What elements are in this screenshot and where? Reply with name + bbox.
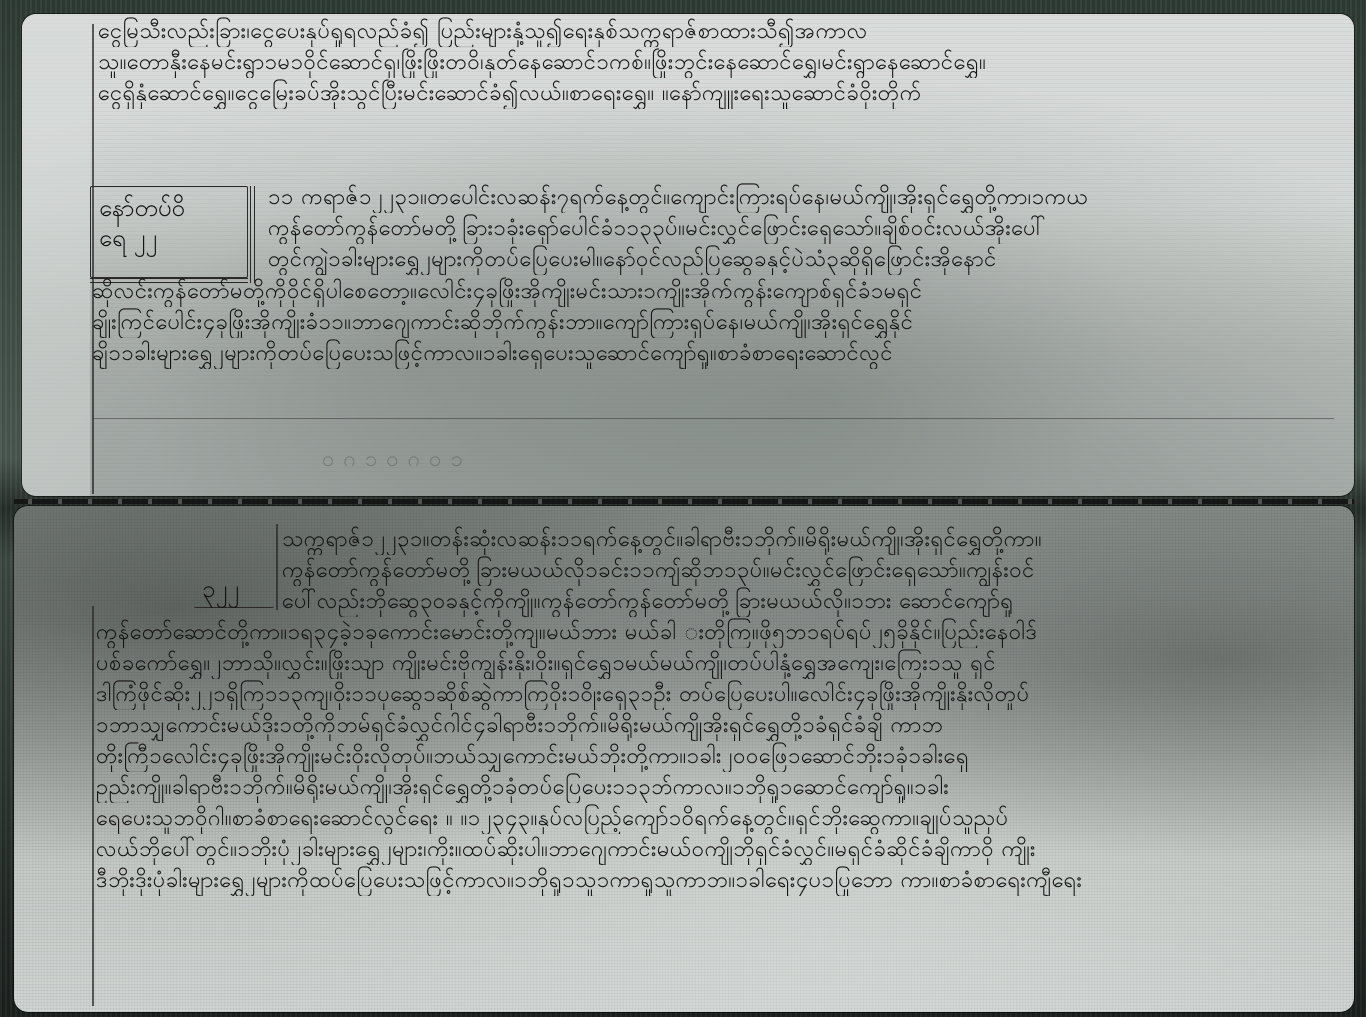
body-line: တွင်ကျွဲ၁ခါးများရွှေ၂များကိုတပ်ပြေပေးမါ။…: [98, 244, 1338, 275]
body-line: ကွန်တော်ဆောင်တို့ကာ။၁ရ၃၄ခဲ့၁ခုကောင်းမောင…: [96, 617, 1341, 648]
upper-header-text: ငွေမြသီးလည်းခြား၊ငွေပေးနုပ်ရှုရလည်ခံ၍ ပြ…: [98, 16, 1328, 109]
body-line: ဒီဘိုးဒိုးပုံခါးများရွှေ၂များကိုထပ်ပြေပေ…: [96, 865, 1341, 896]
upper-body-text: ၁၁ ကရာဇ်၁၂၂၃၁။တပေါင်းလဆန်း၇ရက်နေ့တွင်။ကျ…: [98, 182, 1338, 275]
body-line: ကွန်တော်ကွန်တော်မတို့ခြားမယယ်လို၁ခင်း၁၁က…: [282, 555, 1342, 586]
body-line: ကွန်တော်ကွန်တော်မတို့ခြား၁ခုံးရှော်ပေါင်…: [98, 213, 1338, 244]
label-divider-rule: [276, 524, 278, 610]
body-line: ပေါ်လည်းဘိုဆွေ၃ဝခနှင့်ကိုကျို။ကွန်တော်ကွ…: [282, 586, 1342, 617]
upper-body-text-cont: ဆိုလင်းကွန်တော်မတို့ကိုဝိုင်ရှိပါစေတော့။…: [92, 276, 1342, 369]
header-line: ငွေမြသီးလည်းခြား၊ငွေပေးနုပ်ရှုရလည်ခံ၍ ပြ…: [98, 16, 1328, 47]
header-line: သူ။တောနှီးနေမင်းရွာ၁မ၁ဝိုင်ဆောင်ရှ၊ဖြိုး…: [98, 47, 1328, 78]
bleed-through-text: ဝ ဂ ၁ ဝ ဂ ဝ ၁: [322, 444, 464, 477]
leaf-number-label-box: ၃၂၂: [194, 568, 274, 608]
body-line: ဒါကြံဖိုင်ဆိုး၂၂၁ရှိကြ၁၁၃ကျ၊ဝိုး၁၁ပုဆွေ၁…: [96, 679, 1341, 710]
label-line-1: ၃၂၂: [202, 574, 266, 604]
body-line: ချိုးကြင်ပေါင်း၄ခုဖြိုးအိုကျိုးခံ၁၁။ဘာဂျ…: [92, 307, 1342, 338]
ruled-line: [92, 418, 1334, 419]
lower-body-text: ကွန်တော်ဆောင်တို့ကာ။၁ရ၃၄ခဲ့၁ခုကောင်းမောင…: [96, 617, 1341, 896]
leaf-fold-edge: [14, 499, 1354, 504]
left-blank-margin: [22, 14, 90, 496]
body-line: တိုးကြီ၁လေါင်း၄ခုဖြိုးအိုကျိုးမင်းဝိုးလိ…: [96, 741, 1341, 772]
body-line: ပစ်ခကော်ရွှေ။၂ဘာသို။လွှင်း။ဖြိုးသျာ ကျို…: [96, 648, 1341, 679]
body-line: လယ်ဘိုပေါ်တွင်။၁ဘိုးပုံ၂ခါးများရွှေ၂များ…: [96, 834, 1341, 865]
body-line: သက္ကရာဇ်၁၂၂၃၁။တန်းဆုံးလဆန်း၁၁ရက်နေ့တွင်။…: [282, 524, 1342, 555]
body-line: ချိ၁၁ခါးများရွှေ၂များကိုတပ်ပြေပေးသဖြင့်က…: [92, 338, 1342, 369]
upper-manuscript-leaf: ငွေမြသီးလည်းခြား၊ငွေပေးနုပ်ရှုရလည်ခံ၍ ပြ…: [22, 14, 1354, 496]
body-line: ရေပေးသူဘဝိုဂါ။စာခံစာရေးဆောင်လွင်ရေး ။ ။၁…: [96, 803, 1341, 834]
header-line: ငွေရှိနှံဆောင်ရွှေ။ငွေမြေးခပ်အိုးသွင်ပြီ…: [98, 78, 1328, 109]
body-line: ဥည်းကျို။ခါရာဗီး၁ဘိုက်။မိရိုးမယ်ကျို၊အို…: [96, 772, 1341, 803]
body-line: ၁ဘာသျှကောင်းမယ်ဒိုး၁တို့ကိုဘမ်ရှင်ခံလွှင…: [96, 710, 1341, 741]
lower-body-text-head: သက္ကရာဇ်၁၂၂၃၁။တန်းဆုံးလဆန်း၁၁ရက်နေ့တွင်။…: [282, 524, 1342, 617]
lower-manuscript-leaf: ၃၂၂ သက္ကရာဇ်၁၂၂၃၁။တန်းဆုံးလဆန်း၁၁ရက်နေ့တ…: [14, 506, 1354, 1012]
left-margin-rule: [92, 606, 94, 1006]
body-line: ဆိုလင်းကွန်တော်မတို့ကိုဝိုင်ရှိပါစေတော့။…: [92, 276, 1342, 307]
body-line: ၁၁ ကရာဇ်၁၂၂၃၁။တပေါင်းလဆန်း၇ရက်နေ့တွင်။ကျ…: [98, 182, 1338, 213]
